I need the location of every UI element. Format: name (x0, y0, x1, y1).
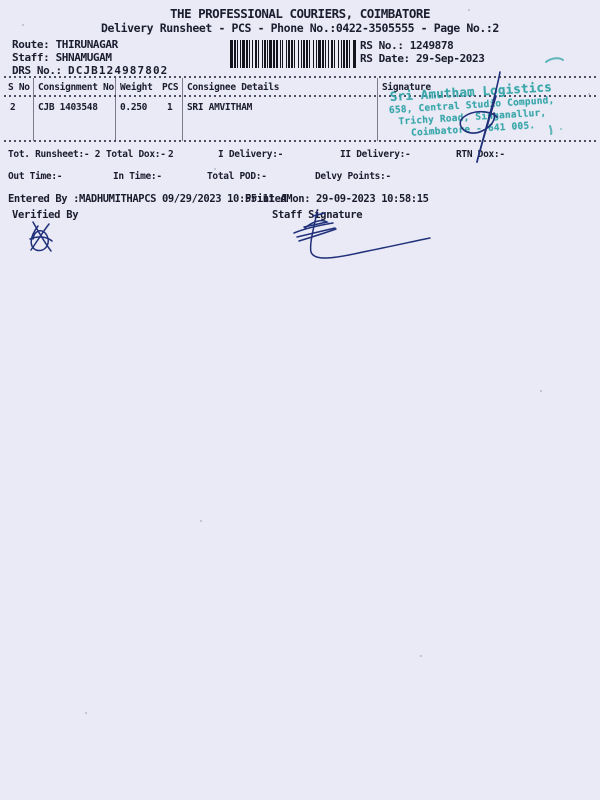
column-rule-3 (182, 78, 183, 141)
in-time-label: In Time:- (113, 171, 162, 182)
total-dox-value: 2 (168, 149, 173, 160)
col-header-consignee: Consignee Details (187, 82, 279, 93)
verified-by-signature (30, 222, 52, 251)
row-consignment-no: CJB 1403548 (38, 102, 98, 113)
route-value: THIRUNAGAR (56, 38, 118, 51)
tot-runsheet-label: Tot. Runsheet:- (8, 149, 89, 160)
rs-no-line: RS No.: 1249878 (360, 39, 453, 52)
rs-date-value: 29-Sep-2023 (416, 52, 484, 65)
scan-speck (214, 168, 216, 170)
tot-runsheet-value: 2 (95, 149, 100, 160)
scan-speck (468, 9, 470, 11)
scan-speck (22, 24, 24, 26)
scan-speck (200, 520, 202, 522)
rs-no-value: 1249878 (410, 39, 454, 52)
scan-speck (420, 655, 422, 657)
row-consignee: SRI AMVITHAM (187, 102, 252, 113)
scan-speck (540, 390, 542, 392)
col-header-s-no: S No (8, 82, 30, 93)
rs-date-line: RS Date: 29-Sep-2023 (360, 52, 484, 65)
dashed-divider-top (4, 76, 596, 78)
staff-line: Staff: SHNAMUGAM (12, 51, 112, 64)
scan-speck (588, 93, 590, 95)
printed-on-line: Printed on: 29-09-2023 10:58:15 (245, 193, 429, 205)
tot-runsheet: Tot. Runsheet:- 2 (8, 149, 100, 160)
i-delivery-label: I Delivery:- (218, 149, 283, 160)
row-weight: 0.250 (120, 102, 147, 113)
route-line: Route: THIRUNAGAR (12, 38, 118, 51)
staff-label: Staff: (12, 51, 49, 64)
scan-speck (104, 31, 106, 33)
verified-by-label: Verified By (12, 209, 78, 221)
col-header-consignment: Consignment No (38, 82, 114, 93)
rs-no-label: RS No.: (360, 39, 404, 52)
rs-date-label: RS Date: (360, 52, 410, 65)
page-title: THE PROFESSIONAL COURIERS, COIMBATORE (0, 6, 600, 21)
total-pod-label: Total POD:- (207, 171, 267, 182)
runsheet-document: THE PROFESSIONAL COURIERS, COIMBATORE De… (0, 0, 600, 800)
column-rule-1 (33, 78, 34, 141)
column-rule-2 (115, 78, 116, 141)
col-header-pcs: PCS (162, 82, 178, 93)
delvy-points-label: Delvy Points:- (315, 171, 391, 182)
rtn-dox-label: RTN Dox:- (456, 149, 505, 160)
staff-signature-label: Staff Signature (272, 209, 362, 221)
out-time-label: Out Time:- (8, 171, 62, 182)
staff-value: SHNAMUGAM (56, 51, 112, 64)
total-dox-label: Total Dox:- (106, 149, 166, 160)
col-header-weight: Weight (120, 82, 153, 93)
consignee-rubber-stamp: Sri Amutham Logistics 658, Central Studi… (371, 78, 574, 142)
scan-speck (85, 712, 87, 714)
dashed-divider-bottom (4, 140, 596, 142)
row-pcs: 1 (167, 102, 172, 113)
row-s-no: 2 (10, 102, 15, 113)
barcode-icon (230, 40, 356, 68)
ii-delivery-label: II Delivery:- (340, 149, 410, 160)
route-label: Route: (12, 38, 49, 51)
page-subtitle: Delivery Runsheet - PCS - Phone No.:0422… (0, 21, 600, 35)
